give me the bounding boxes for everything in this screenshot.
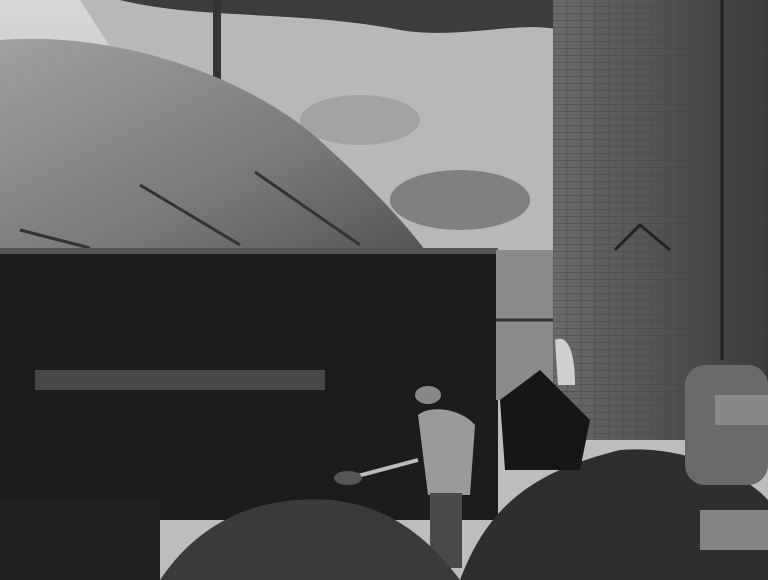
pole xyxy=(213,0,221,80)
photo-scene xyxy=(0,0,768,580)
photograph xyxy=(0,0,768,580)
worker-shirt xyxy=(418,409,475,495)
shovel-blade xyxy=(334,471,362,485)
worker-cap xyxy=(415,386,441,404)
machinery-right xyxy=(685,365,768,485)
kiln-building xyxy=(0,248,556,520)
